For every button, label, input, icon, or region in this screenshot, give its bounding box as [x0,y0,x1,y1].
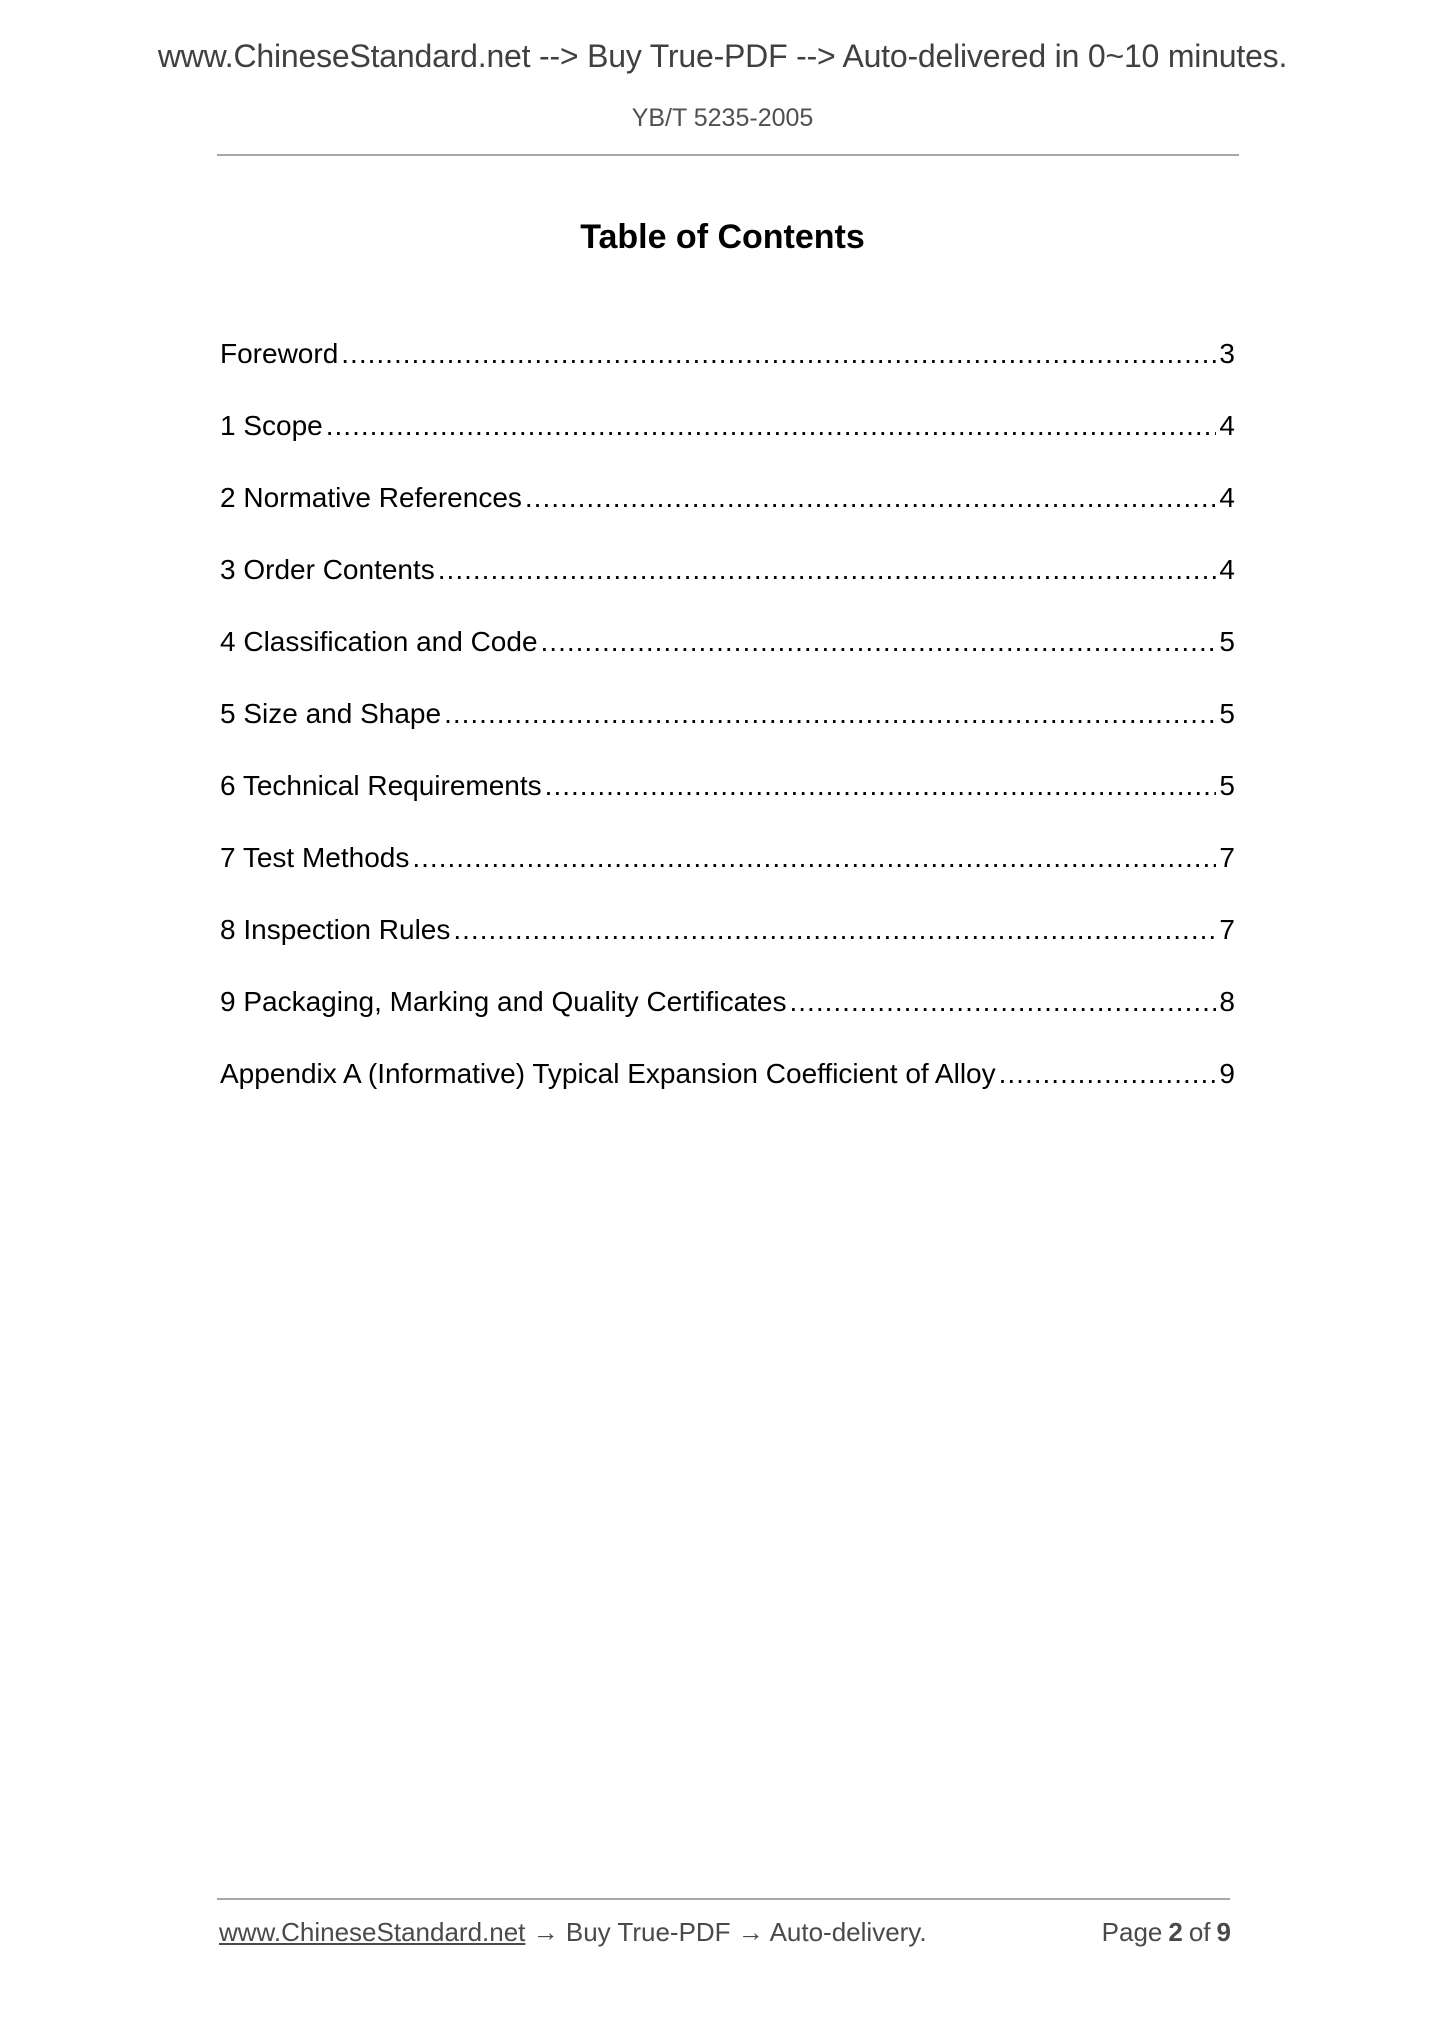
site-link[interactable]: www.ChineseStandard.net [219,1917,525,1947]
dot-leader [453,914,1216,946]
footer-divider [217,1898,1230,1900]
dot-leader [326,410,1217,442]
toc-entry-page: 5 [1219,770,1235,802]
dot-leader [545,770,1217,802]
toc-entry-page: 5 [1219,626,1235,658]
page-indicator: Page2of9 [1096,1917,1231,1948]
top-banner: www.ChineseStandard.net --> Buy True-PDF… [0,38,1445,75]
dot-leader [790,986,1217,1018]
toc-entry[interactable]: 2 Normative References4 [220,482,1235,554]
footer-promo: www.ChineseStandard.net → Buy True-PDF →… [219,1917,927,1948]
toc-entry-label: Appendix A (Informative) Typical Expansi… [220,1058,996,1090]
table-of-contents: Foreword3 1 Scope4 2 Normative Reference… [220,338,1235,1130]
dot-leader [412,842,1216,874]
toc-entry[interactable]: 7 Test Methods7 [220,842,1235,914]
toc-entry[interactable]: 3 Order Contents4 [220,554,1235,626]
toc-entry-page: 8 [1219,986,1235,1018]
toc-entry-label: 5 Size and Shape [220,698,441,730]
toc-entry-page: 9 [1219,1058,1235,1090]
total-pages: 9 [1217,1917,1231,1947]
current-page: 2 [1168,1917,1182,1947]
toc-entry-page: 3 [1219,338,1235,370]
toc-entry[interactable]: Appendix A (Informative) Typical Expansi… [220,1058,1235,1130]
toc-entry-label: 6 Technical Requirements [220,770,542,802]
toc-entry-label: 4 Classification and Code [220,626,538,658]
standard-code: YB/T 5235-2005 [0,104,1445,133]
toc-entry-label: Foreword [220,338,338,370]
toc-entry-label: 2 Normative References [220,482,522,514]
dot-leader [341,338,1216,370]
toc-entry-label: 9 Packaging, Marking and Quality Certifi… [220,986,787,1018]
toc-entry-page: 5 [1219,698,1235,730]
dot-leader [525,482,1217,514]
dot-leader [444,698,1216,730]
of-word: of [1189,1917,1211,1947]
toc-entry-page: 4 [1219,410,1235,442]
page-word: Page [1102,1917,1163,1947]
toc-entry-page: 4 [1219,482,1235,514]
dot-leader [541,626,1217,658]
toc-entry-label: 7 Test Methods [220,842,409,874]
toc-entry-label: 3 Order Contents [220,554,435,586]
page-footer: www.ChineseStandard.net → Buy True-PDF →… [219,1917,1231,1948]
toc-entry-page: 7 [1219,842,1235,874]
header-divider [217,154,1239,156]
dot-leader [438,554,1217,586]
toc-entry[interactable]: 8 Inspection Rules7 [220,914,1235,986]
toc-entry[interactable]: 9 Packaging, Marking and Quality Certifi… [220,986,1235,1058]
toc-entry[interactable]: Foreword3 [220,338,1235,410]
toc-entry[interactable]: 6 Technical Requirements5 [220,770,1235,842]
dot-leader [999,1058,1217,1090]
toc-entry-page: 7 [1219,914,1235,946]
toc-title: Table of Contents [0,218,1445,257]
toc-entry[interactable]: 1 Scope4 [220,410,1235,482]
toc-entry-label: 1 Scope [220,410,323,442]
toc-entry[interactable]: 4 Classification and Code5 [220,626,1235,698]
footer-tagline: → Buy True-PDF → Auto-delivery. [525,1917,926,1947]
toc-entry-label: 8 Inspection Rules [220,914,450,946]
toc-entry-page: 4 [1219,554,1235,586]
toc-entry[interactable]: 5 Size and Shape5 [220,698,1235,770]
